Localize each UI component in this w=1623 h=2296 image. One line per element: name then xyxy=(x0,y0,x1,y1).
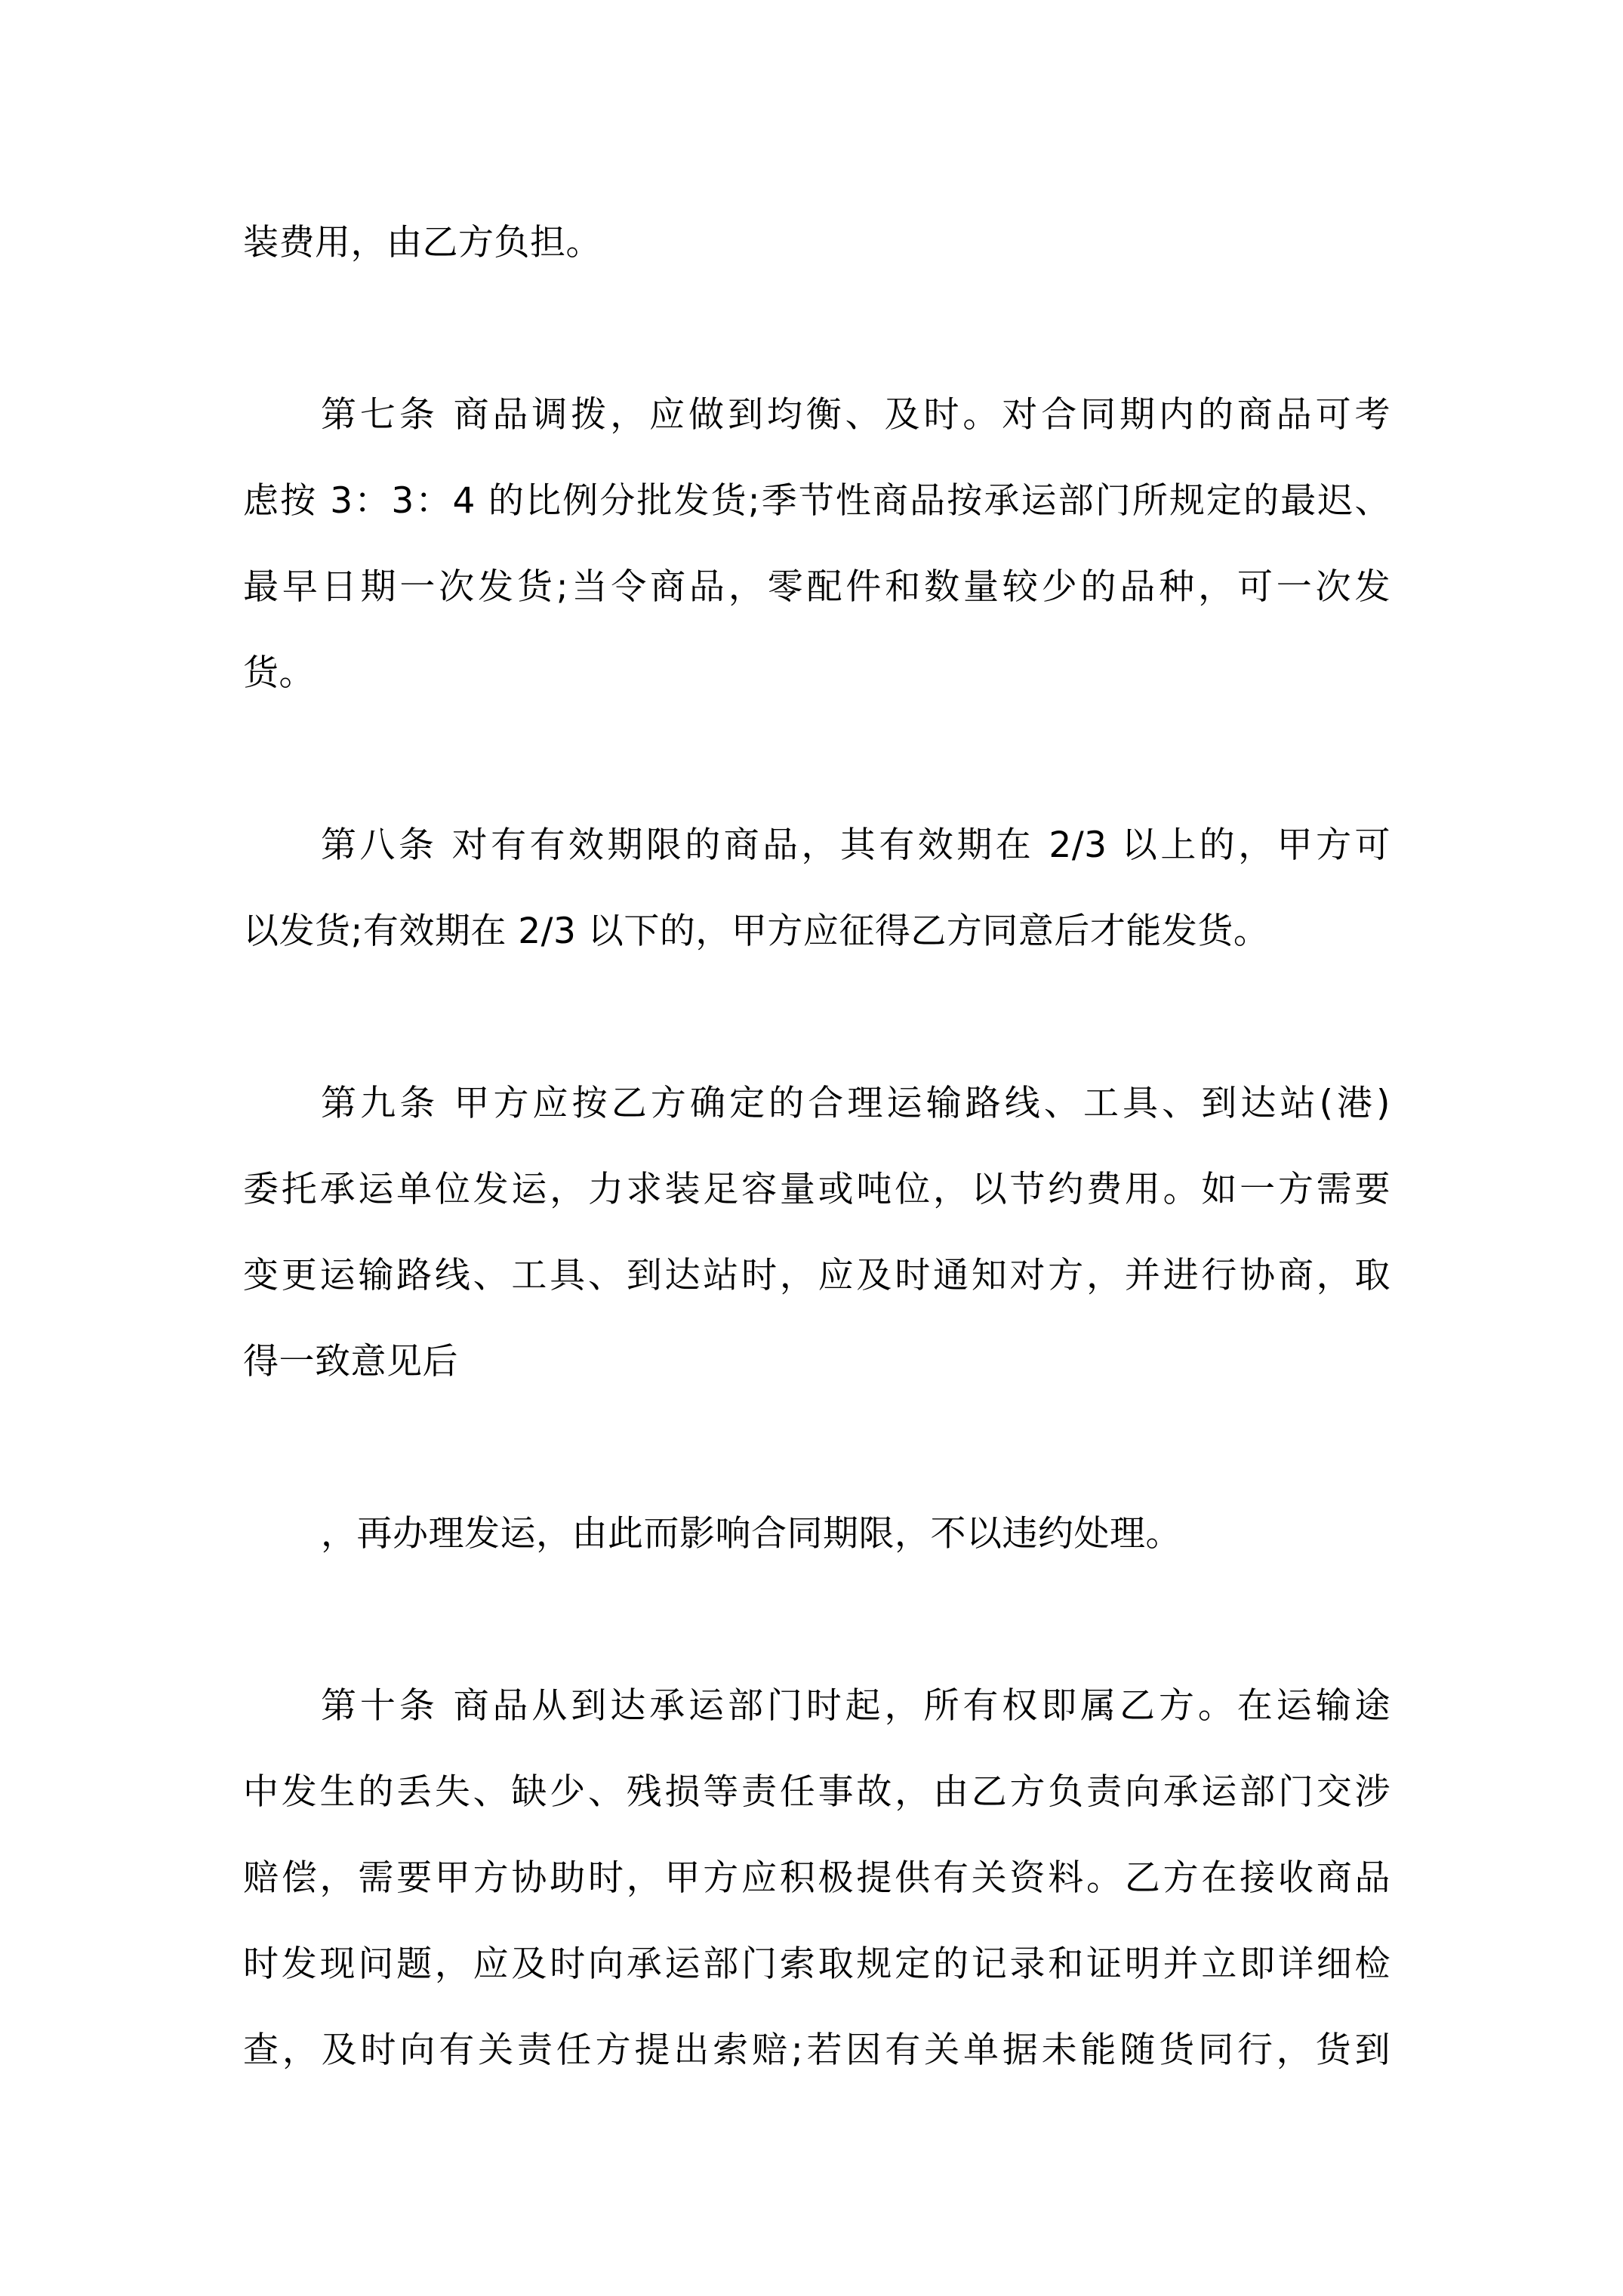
document-page: 装费用，由乙方负担。 第七条 商品调拨，应做到均衡、及时。对合同期内的商品可考 … xyxy=(0,0,1623,2296)
article-9-line-3: 变更运输路线、工具、到达站时，应及时通知对方，并进行协商，取 xyxy=(243,1253,1390,1299)
article-9-continuation: ，再办理发运，由此而影响合同期限，不以违约处理。 xyxy=(321,1512,1468,1557)
article-7-line-1: 第七条 商品调拨，应做到均衡、及时。对合同期内的商品可考 xyxy=(321,393,1390,438)
article-7-line-3: 最早日期一次发货;当令商品，零配件和数量较少的品种，可一次发 xyxy=(243,565,1390,610)
article-8-line-1: 第八条 对有有效期限的商品，其有效期在 2/3 以上的，甲方可 xyxy=(321,823,1390,868)
article-10-line-3: 赔偿，需要甲方协助时，甲方应积极提供有关资料。乙方在接收商品 xyxy=(243,1856,1390,1901)
article-8-line-2: 以发货;有效期在 2/3 以下的，甲方应征得乙方同意后才能发货。 xyxy=(243,909,1390,954)
article-9-line-4: 得一致意见后 xyxy=(243,1339,1390,1385)
article-9-line-2: 委托承运单位发运，力求装足容量或吨位，以节约费用。如一方需要 xyxy=(243,1167,1390,1213)
article-7-line-2: 虑按 3：3：4 的比例分批发货;季节性商品按承运部门所规定的最迟、 xyxy=(243,479,1390,524)
article-10-line-5: 查，及时向有关责任方提出索赔;若因有关单据未能随货同行，货到 xyxy=(243,2028,1390,2073)
paragraph-6-end-line: 装费用，由乙方负担。 xyxy=(243,220,1390,266)
article-9-line-1: 第九条 甲方应按乙方确定的合理运输路线、工具、到达站(港) xyxy=(321,1081,1390,1126)
article-10-line-2: 中发生的丢失、缺少、残损等责任事故，由乙方负责向承运部门交涉 xyxy=(243,1770,1390,1815)
article-10-line-4: 时发现问题，应及时向承运部门索取规定的记录和证明并立即详细检 xyxy=(243,1942,1390,1987)
article-10-line-1: 第十条 商品从到达承运部门时起，所有权即属乙方。在运输途 xyxy=(321,1684,1390,1729)
article-7-line-4: 货。 xyxy=(243,651,1390,696)
